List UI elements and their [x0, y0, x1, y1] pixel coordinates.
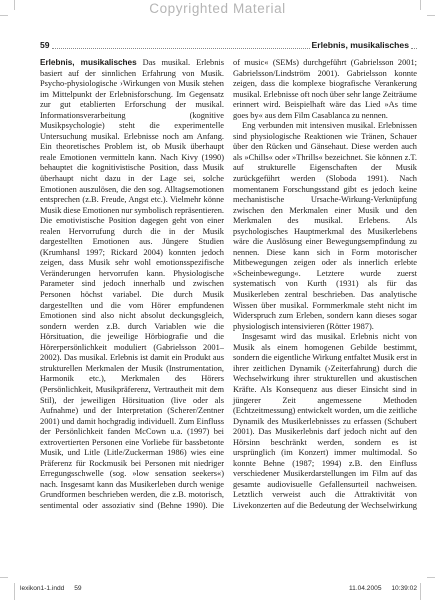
crop-mark-top-right-horizontal: [427, 15, 435, 16]
crop-mark-top-left-horizontal: [0, 15, 8, 16]
footer-file-name: lexikon1-1.indd: [20, 585, 64, 592]
footer-time: 10:39:02: [391, 585, 417, 592]
scanned-lexicon-page: Copyrighted Material 59 Erlebnis, musika…: [0, 0, 435, 600]
entry-headword: Erlebnis, musikalisches: [40, 58, 137, 67]
crop-mark-bottom-left-vertical: [14, 583, 15, 600]
dotted-leader-tail: [411, 48, 417, 49]
crop-mark-top-right-vertical: [420, 0, 421, 10]
entry-paragraph: Erlebnis, musikalisches Das musikal. Erl…: [40, 58, 224, 511]
crop-mark-bottom-right-horizontal: [427, 577, 435, 578]
crop-mark-bottom-right-vertical: [420, 583, 421, 600]
right-column: of music« (SEMs) durchgeführt (Gabrielss…: [233, 58, 417, 511]
entry-paragraph-3: Insgesamt wird das musikal. Erlebnis nic…: [233, 332, 417, 511]
crop-mark-top-left-vertical: [14, 0, 15, 10]
crop-mark-bottom-left-horizontal: [0, 577, 8, 578]
page-number: 59: [40, 40, 50, 50]
entry-paragraph-continued: of music« (SEMs) durchgeführt (Gabrielss…: [233, 58, 417, 121]
entry-text-left: Das musikal. Erlebnis basiert auf der si…: [40, 58, 224, 511]
running-title: Erlebnis, musikalisches: [312, 40, 409, 50]
entry-paragraph-2: Eng verbunden mit intensiven musikal. Er…: [233, 121, 417, 332]
copyright-watermark: Copyrighted Material: [0, 1, 435, 16]
article-body: Erlebnis, musikalisches Das musikal. Erl…: [40, 58, 417, 511]
dotted-leader: [52, 48, 310, 49]
left-column: Erlebnis, musikalisches Das musikal. Erl…: [40, 58, 224, 511]
page-footer: lexikon1-1.indd 59 11.04.2005 10:39:02: [20, 585, 417, 592]
footer-file-info: lexikon1-1.indd 59: [20, 585, 82, 592]
footer-timestamp: 11.04.2005 10:39:02: [349, 585, 417, 592]
page-header: 59 Erlebnis, musikalisches: [40, 40, 417, 50]
footer-page-number: 59: [74, 585, 81, 592]
footer-date: 11.04.2005: [349, 585, 382, 592]
